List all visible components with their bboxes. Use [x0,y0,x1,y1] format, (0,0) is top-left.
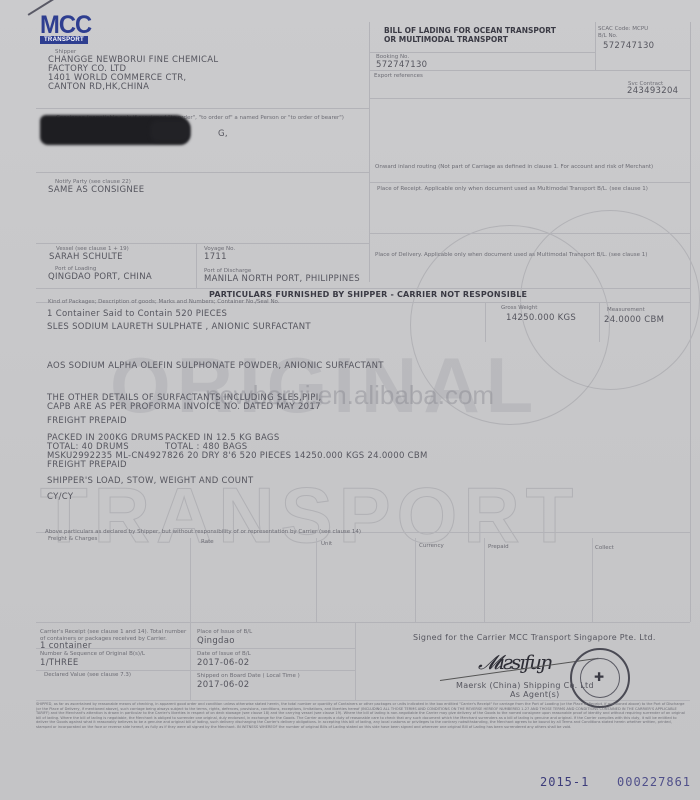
cargo-line: AOS SODIUM ALPHA OLEFIN SULPHONATE POWDE… [47,361,384,371]
measurement-label: Measurement [607,307,645,313]
measurement: 24.0000 CBM [604,315,664,325]
mcc-logo: MCC TRANSPORT [40,14,88,44]
carrier-receipt: 1 container [40,641,92,651]
description-label: Kind of Packages; Description of goods; … [48,299,280,305]
declared-value-label: Declared Value (see clause 7.3) [44,672,131,678]
cargo-line: FREIGHT PREPAID [47,460,127,470]
declared-note: Above particulars as declared by Shipper… [45,529,361,535]
pod-value: MANILA NORTH PORT, PHILIPPINES [204,274,360,284]
originals-value: 1/THREE [40,658,79,668]
shipped-date-label: Shipped on Board Date ( Local Time ) [197,673,300,679]
shipper-block: CHANGGE NEWBORUI FINE CHEMICAL FACTORY C… [48,56,218,92]
place-issue: Qingdao [197,636,235,646]
signed-for-carrier: Signed for the Carrier MCC Transport Sin… [413,633,656,642]
cargo-line: SLES SODIUM LAURETH SULPHATE , ANIONIC S… [47,322,311,332]
title-line-2: OR MULTIMODAL TRANSPORT [384,35,556,44]
document-title: BILL OF LADING FOR OCEAN TRANSPORT OR MU… [384,26,556,44]
bl-no: 572747130 [603,41,654,51]
export-refs-label: Export references [374,73,423,79]
charges-col-collect: Collect [595,545,614,551]
notify-value: SAME AS CONSIGNEE [48,185,144,195]
charges-col-currency: Currency [419,543,444,549]
terms-legal-text: SHIPPED, as far as ascertained by reason… [36,702,688,730]
place-issue-label: Place of Issue of B/L [197,629,252,635]
redaction-mark [150,120,190,142]
charges-col-unit: Unit [321,541,332,547]
scac-label: SCAC Code: MCPU [598,26,648,32]
voyage-value: 1711 [204,252,227,262]
cargo-line: CY/CY [47,492,73,502]
shipper-line: CANTON RD,HK,CHINA [48,83,218,92]
company-seal-stamp: ✚ [570,648,630,708]
gross-weight: 14250.000 KGS [506,313,576,323]
bl-no-label: B/L No. [598,33,618,39]
cargo-line: CAPB ARE AS PER PROFORMA INVOICE NO. DAT… [47,402,321,412]
title-line-1: BILL OF LADING FOR OCEAN TRANSPORT [384,26,556,35]
agent-role: As Agent(s) [510,690,560,699]
bill-of-lading-page: ORIGINAL TRANSPORT newborui.en.alibaba.c… [0,0,700,800]
place-of-delivery-label: Place of Delivery. Applicable only when … [375,252,647,258]
watermark-circle [520,210,700,390]
charges-col-rate: Rate [201,539,214,545]
stamp-cross-icon: ✚ [594,670,604,684]
logo-brand: MCC [40,14,86,36]
place-of-receipt-label: Place of Receipt. Applicable only when d… [377,186,648,192]
date-issue: 2017-06-02 [197,658,249,668]
charges-col-freight: Freight & Charges [48,536,97,542]
cargo-line: 1 Container Said to Contain 520 PIECES [47,309,227,319]
cargo-line: SHIPPER'S LOAD, STOW, WEIGHT AND COUNT [47,476,253,486]
svc-contract: 243493204 [627,86,678,96]
booking-no: 572747130 [376,60,427,70]
particulars-heading: PARTICULARS FURNISHED BY SHIPPER - CARRI… [209,290,527,299]
form-code: 2015-1 [540,775,589,789]
serial-number: 000227861 [617,775,691,789]
originals-label: Number & Sequence of Original B(s)/L [40,651,145,657]
date-issue-label: Date of Issue of B/L [197,651,251,657]
vessel-value: SARAH SCHULTE [49,252,123,262]
gross-weight-label: Gross Weight [501,305,537,311]
consignee-fragment: G, [218,129,228,139]
cargo-line: FREIGHT PREPAID [47,416,127,426]
onward-routing-label: Onward inland routing (Not part of Carri… [375,164,653,170]
pol-value: QINGDAO PORT, CHINA [48,272,152,282]
charges-col-prepaid: Prepaid [488,544,509,550]
shipped-date: 2017-06-02 [197,680,249,690]
